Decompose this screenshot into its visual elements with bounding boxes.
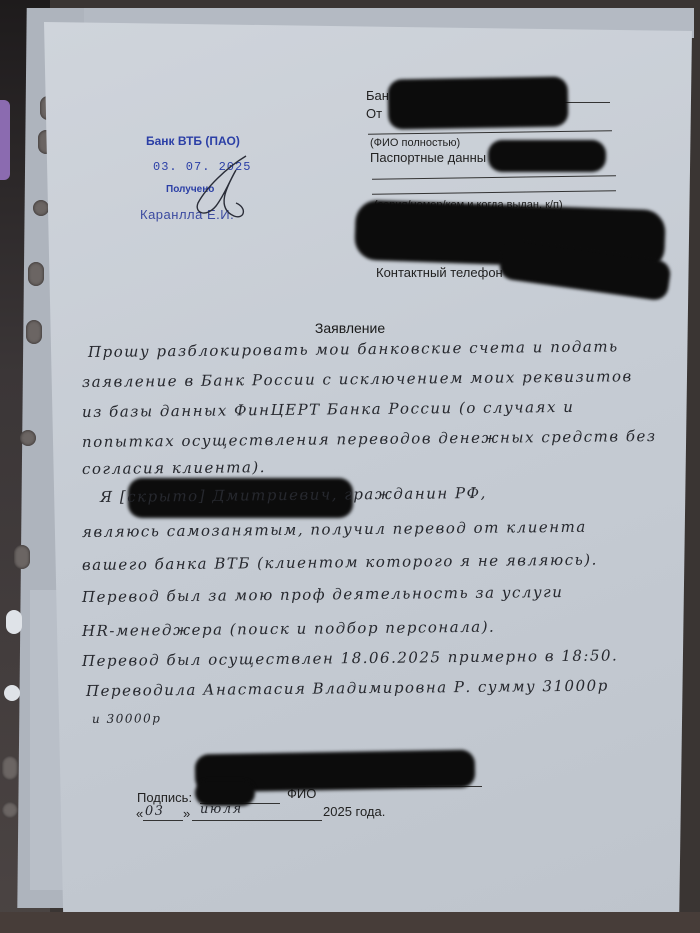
form-line	[192, 820, 322, 821]
punch-hole	[20, 430, 36, 446]
redaction	[195, 780, 255, 806]
redaction	[488, 140, 606, 172]
date-year: 2025 года.	[323, 804, 385, 819]
form-line	[143, 820, 183, 821]
handwritten-line: согласия клиента).	[82, 458, 266, 478]
purple-object	[0, 100, 10, 180]
punch-hole	[33, 200, 49, 216]
date-quote-close: »	[183, 806, 190, 821]
date-day: 03	[145, 804, 165, 819]
punch-hole	[6, 610, 22, 634]
background-surface	[0, 912, 700, 933]
punch-hole	[2, 756, 18, 780]
passport-label: Паспортные данны	[370, 150, 486, 165]
handwritten-line: и 30000р	[92, 711, 162, 726]
date-quote-open: «	[136, 806, 143, 821]
document-title: Заявление	[0, 320, 700, 336]
from-label: От	[366, 106, 382, 121]
punch-hole	[14, 545, 30, 569]
phone-label: Контактный телефон	[376, 265, 503, 280]
signature-icon	[186, 148, 256, 228]
punch-hole	[4, 685, 20, 701]
punch-hole	[28, 262, 44, 286]
signature-label: Подпись:	[137, 790, 192, 805]
fio-hint: (ФИО полностью)	[370, 137, 460, 149]
redaction	[388, 76, 569, 129]
stamp-bank-name: Банк ВТБ (ПАО)	[146, 134, 240, 148]
bank-label: Бан	[366, 88, 389, 103]
punch-hole	[2, 802, 18, 818]
